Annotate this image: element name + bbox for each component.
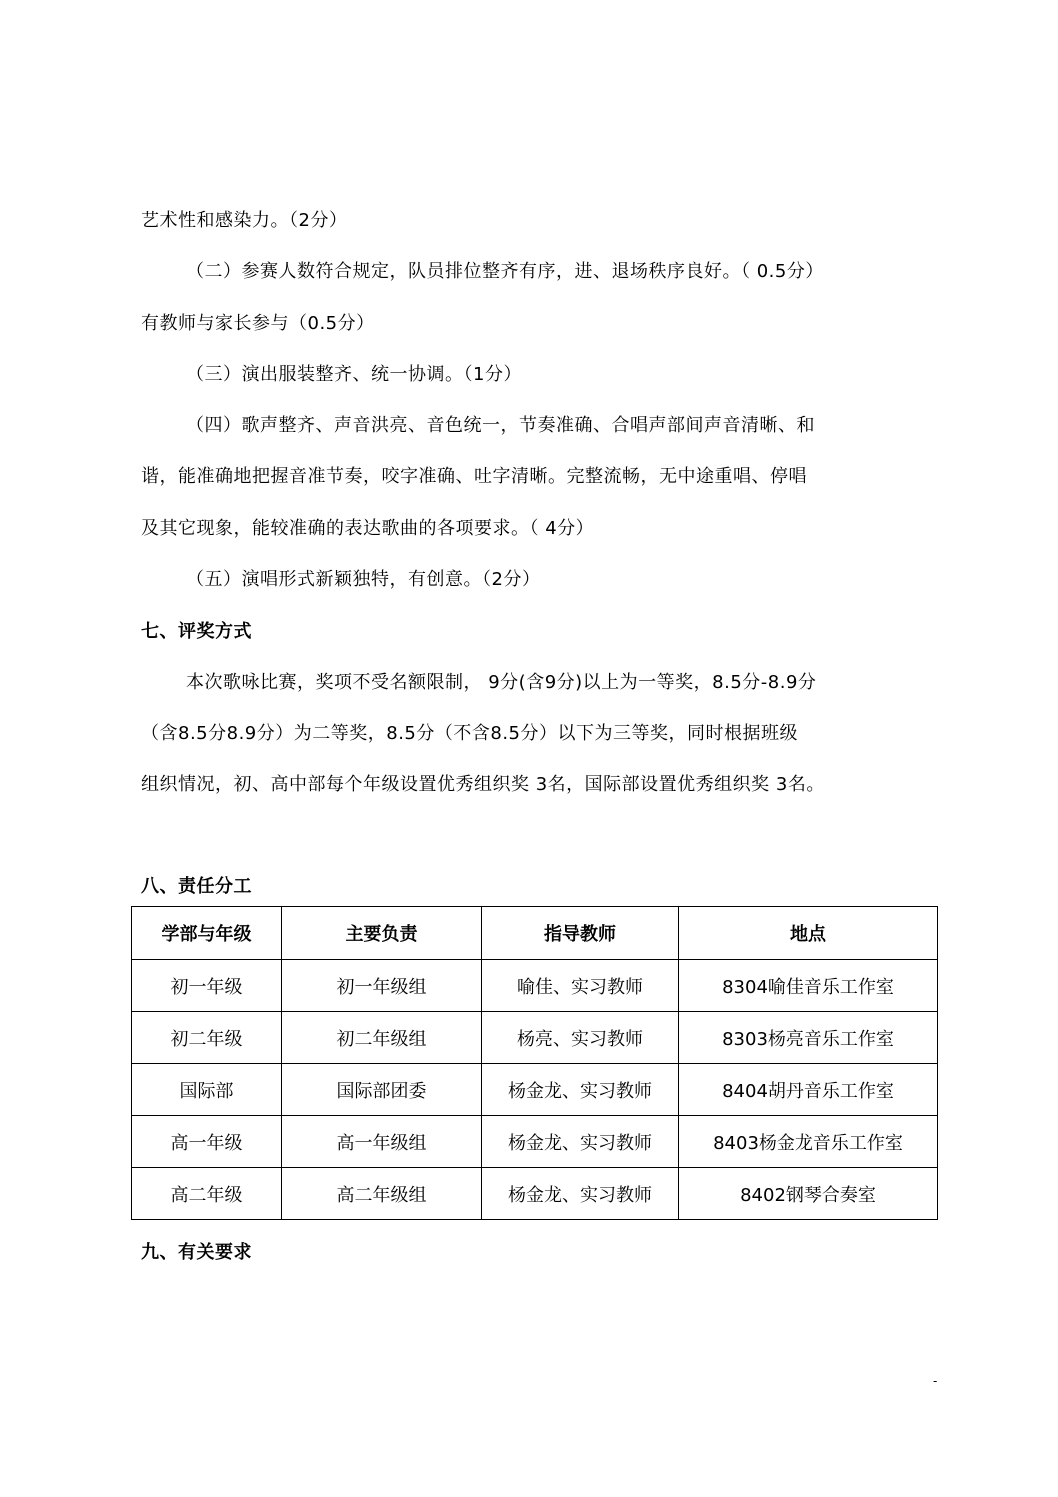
criterion-2: （二）参赛人数符合规定，队员排位整齐有序，进、退场秩序良好。（ 0.5分） (186, 261, 824, 283)
criterion-3: （三）演出服装整齐、统一协调。（1分） (186, 364, 522, 386)
criterion-4: （四）歌声整齐、声音洪亮、音色统一，节奏准确、合唱声部间声音清晰、和 (186, 415, 815, 437)
cell-teacher: 杨亮、实习教师 (482, 1012, 679, 1064)
cell-location: 8402钢琴合奏室 (679, 1168, 938, 1220)
table-row: 初一年级 初一年级组 喻佳、实习教师 8304喻佳音乐工作室 (132, 960, 938, 1012)
header-responsible: 主要负责 (282, 907, 482, 960)
cell-responsible: 高一年级组 (282, 1116, 482, 1168)
cell-teacher: 杨金龙、实习教师 (482, 1168, 679, 1220)
cell-location: 8404胡丹音乐工作室 (679, 1064, 938, 1116)
cell-location: 8403杨金龙音乐工作室 (679, 1116, 938, 1168)
table-row: 高一年级 高一年级组 杨金龙、实习教师 8403杨金龙音乐工作室 (132, 1116, 938, 1168)
cell-teacher: 杨金龙、实习教师 (482, 1116, 679, 1168)
cell-responsible: 初二年级组 (282, 1012, 482, 1064)
criterion-2-cont: 有教师与家长参与（0.5分） (141, 313, 375, 335)
paragraph-artistry: 艺术性和感染力。（2分） (141, 210, 347, 232)
section-7-heading: 七、评奖方式 (141, 621, 252, 643)
cell-responsible: 高二年级组 (282, 1168, 482, 1220)
header-grade: 学部与年级 (132, 907, 282, 960)
award-rules-line1: 本次歌咏比赛，奖项不受名额限制， 9分(含9分)以上为一等奖，8.5分-8.9分 (186, 672, 816, 694)
cell-location: 8303杨亮音乐工作室 (679, 1012, 938, 1064)
table-row: 初二年级 初二年级组 杨亮、实习教师 8303杨亮音乐工作室 (132, 1012, 938, 1064)
cell-teacher: 喻佳、实习教师 (482, 960, 679, 1012)
table-header-row: 学部与年级 主要负责 指导教师 地点 (132, 907, 938, 960)
table-row: 国际部 国际部团委 杨金龙、实习教师 8404胡丹音乐工作室 (132, 1064, 938, 1116)
cell-grade: 高一年级 (132, 1116, 282, 1168)
criterion-5: （五）演唱形式新颖独特，有创意。（2分） (186, 569, 540, 591)
header-teacher: 指导教师 (482, 907, 679, 960)
page-mark: - (933, 1374, 937, 1388)
criterion-4-cont1: 谐，能准确地把握音准节奏，咬字准确、吐字清晰。完整流畅，无中途重唱、停唱 (141, 466, 807, 488)
header-location: 地点 (679, 907, 938, 960)
cell-grade: 高二年级 (132, 1168, 282, 1220)
criterion-4-cont2: 及其它现象，能较准确的表达歌曲的各项要求。（ 4分） (141, 518, 594, 540)
section-9-heading: 九、有关要求 (141, 1242, 252, 1264)
award-rules-line2: （含8.5分8.9分）为二等奖，8.5分（不含8.5分）以下为三等奖，同时根据班… (141, 723, 798, 745)
award-rules-line3: 组织情况，初、高中部每个年级设置优秀组织奖 3名，国际部设置优秀组织奖 3名。 (141, 774, 825, 796)
cell-grade: 初一年级 (132, 960, 282, 1012)
table-row: 高二年级 高二年级组 杨金龙、实习教师 8402钢琴合奏室 (132, 1168, 938, 1220)
cell-location: 8304喻佳音乐工作室 (679, 960, 938, 1012)
cell-grade: 初二年级 (132, 1012, 282, 1064)
cell-responsible: 国际部团委 (282, 1064, 482, 1116)
duty-table: 学部与年级 主要负责 指导教师 地点 初一年级 初一年级组 喻佳、实习教师 83… (131, 906, 938, 1220)
cell-grade: 国际部 (132, 1064, 282, 1116)
cell-teacher: 杨金龙、实习教师 (482, 1064, 679, 1116)
cell-responsible: 初一年级组 (282, 960, 482, 1012)
section-8-heading: 八、责任分工 (141, 876, 252, 898)
